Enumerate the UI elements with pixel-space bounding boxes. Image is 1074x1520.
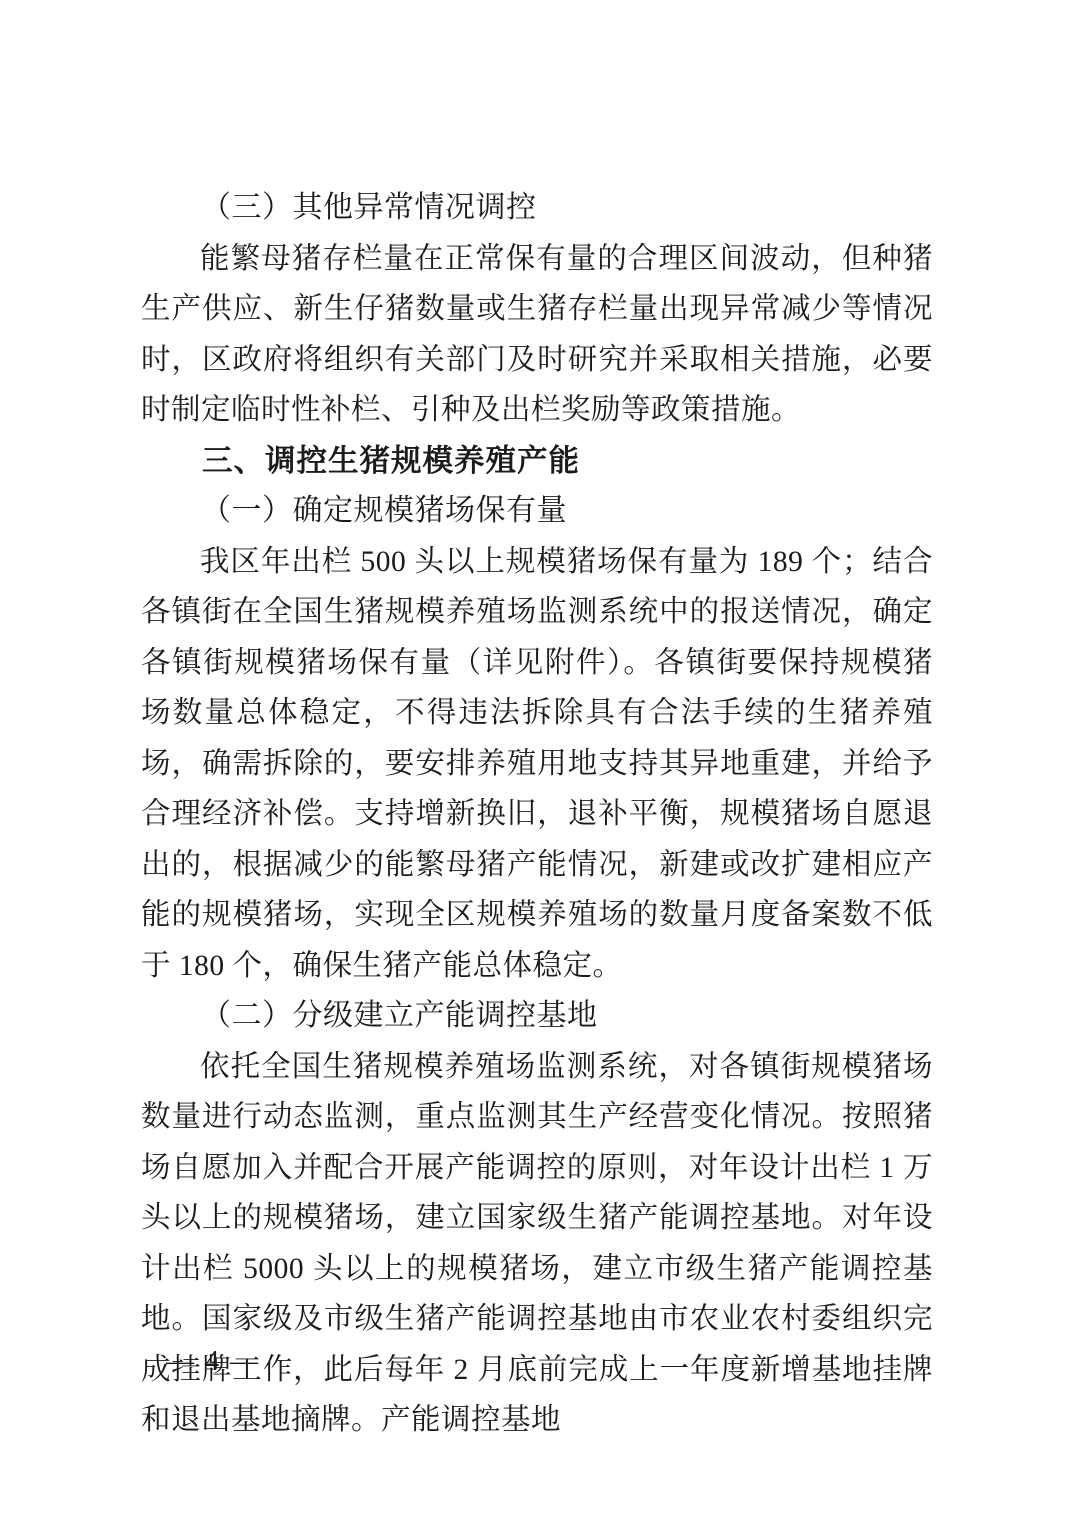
paragraph-abnormal-situation-measures: 能繁母猪存栏量在正常保有量的合理区间波动，但种猪生产供应、新生仔猪数量或生猪存栏… bbox=[141, 234, 933, 436]
paragraph-capacity-regulation-bases: 依托全国生猪规模养殖场监测系统，对各镇街规模猪场数量进行动态监测，重点监测其生产… bbox=[141, 1042, 933, 1446]
paragraph-scale-pig-farm-quota: 我区年出栏 500 头以上规模猪场保有量为 189 个；结合各镇街在全国生猪规模… bbox=[141, 537, 933, 992]
document-body: （三）其他异常情况调控 能繁母猪存栏量在正常保有量的合理区间波动，但种猪生产供应… bbox=[141, 183, 933, 1446]
page-number-footer: — 4 — bbox=[166, 1342, 260, 1382]
document-page: （三）其他异常情况调控 能繁母猪存栏量在正常保有量的合理区间波动，但种猪生产供应… bbox=[0, 0, 1074, 1520]
subheading-1-determine-scale-pig-farm-quota: （一）确定规模猪场保有量 bbox=[141, 486, 933, 537]
subheading-2-tiered-capacity-regulation-bases: （二）分级建立产能调控基地 bbox=[141, 991, 933, 1042]
subheading-section-3-other-abnormal-regulation: （三）其他异常情况调控 bbox=[141, 183, 933, 234]
heading-part-3-regulate-scale-farming-capacity: 三、调控生猪规模养殖产能 bbox=[141, 436, 933, 487]
